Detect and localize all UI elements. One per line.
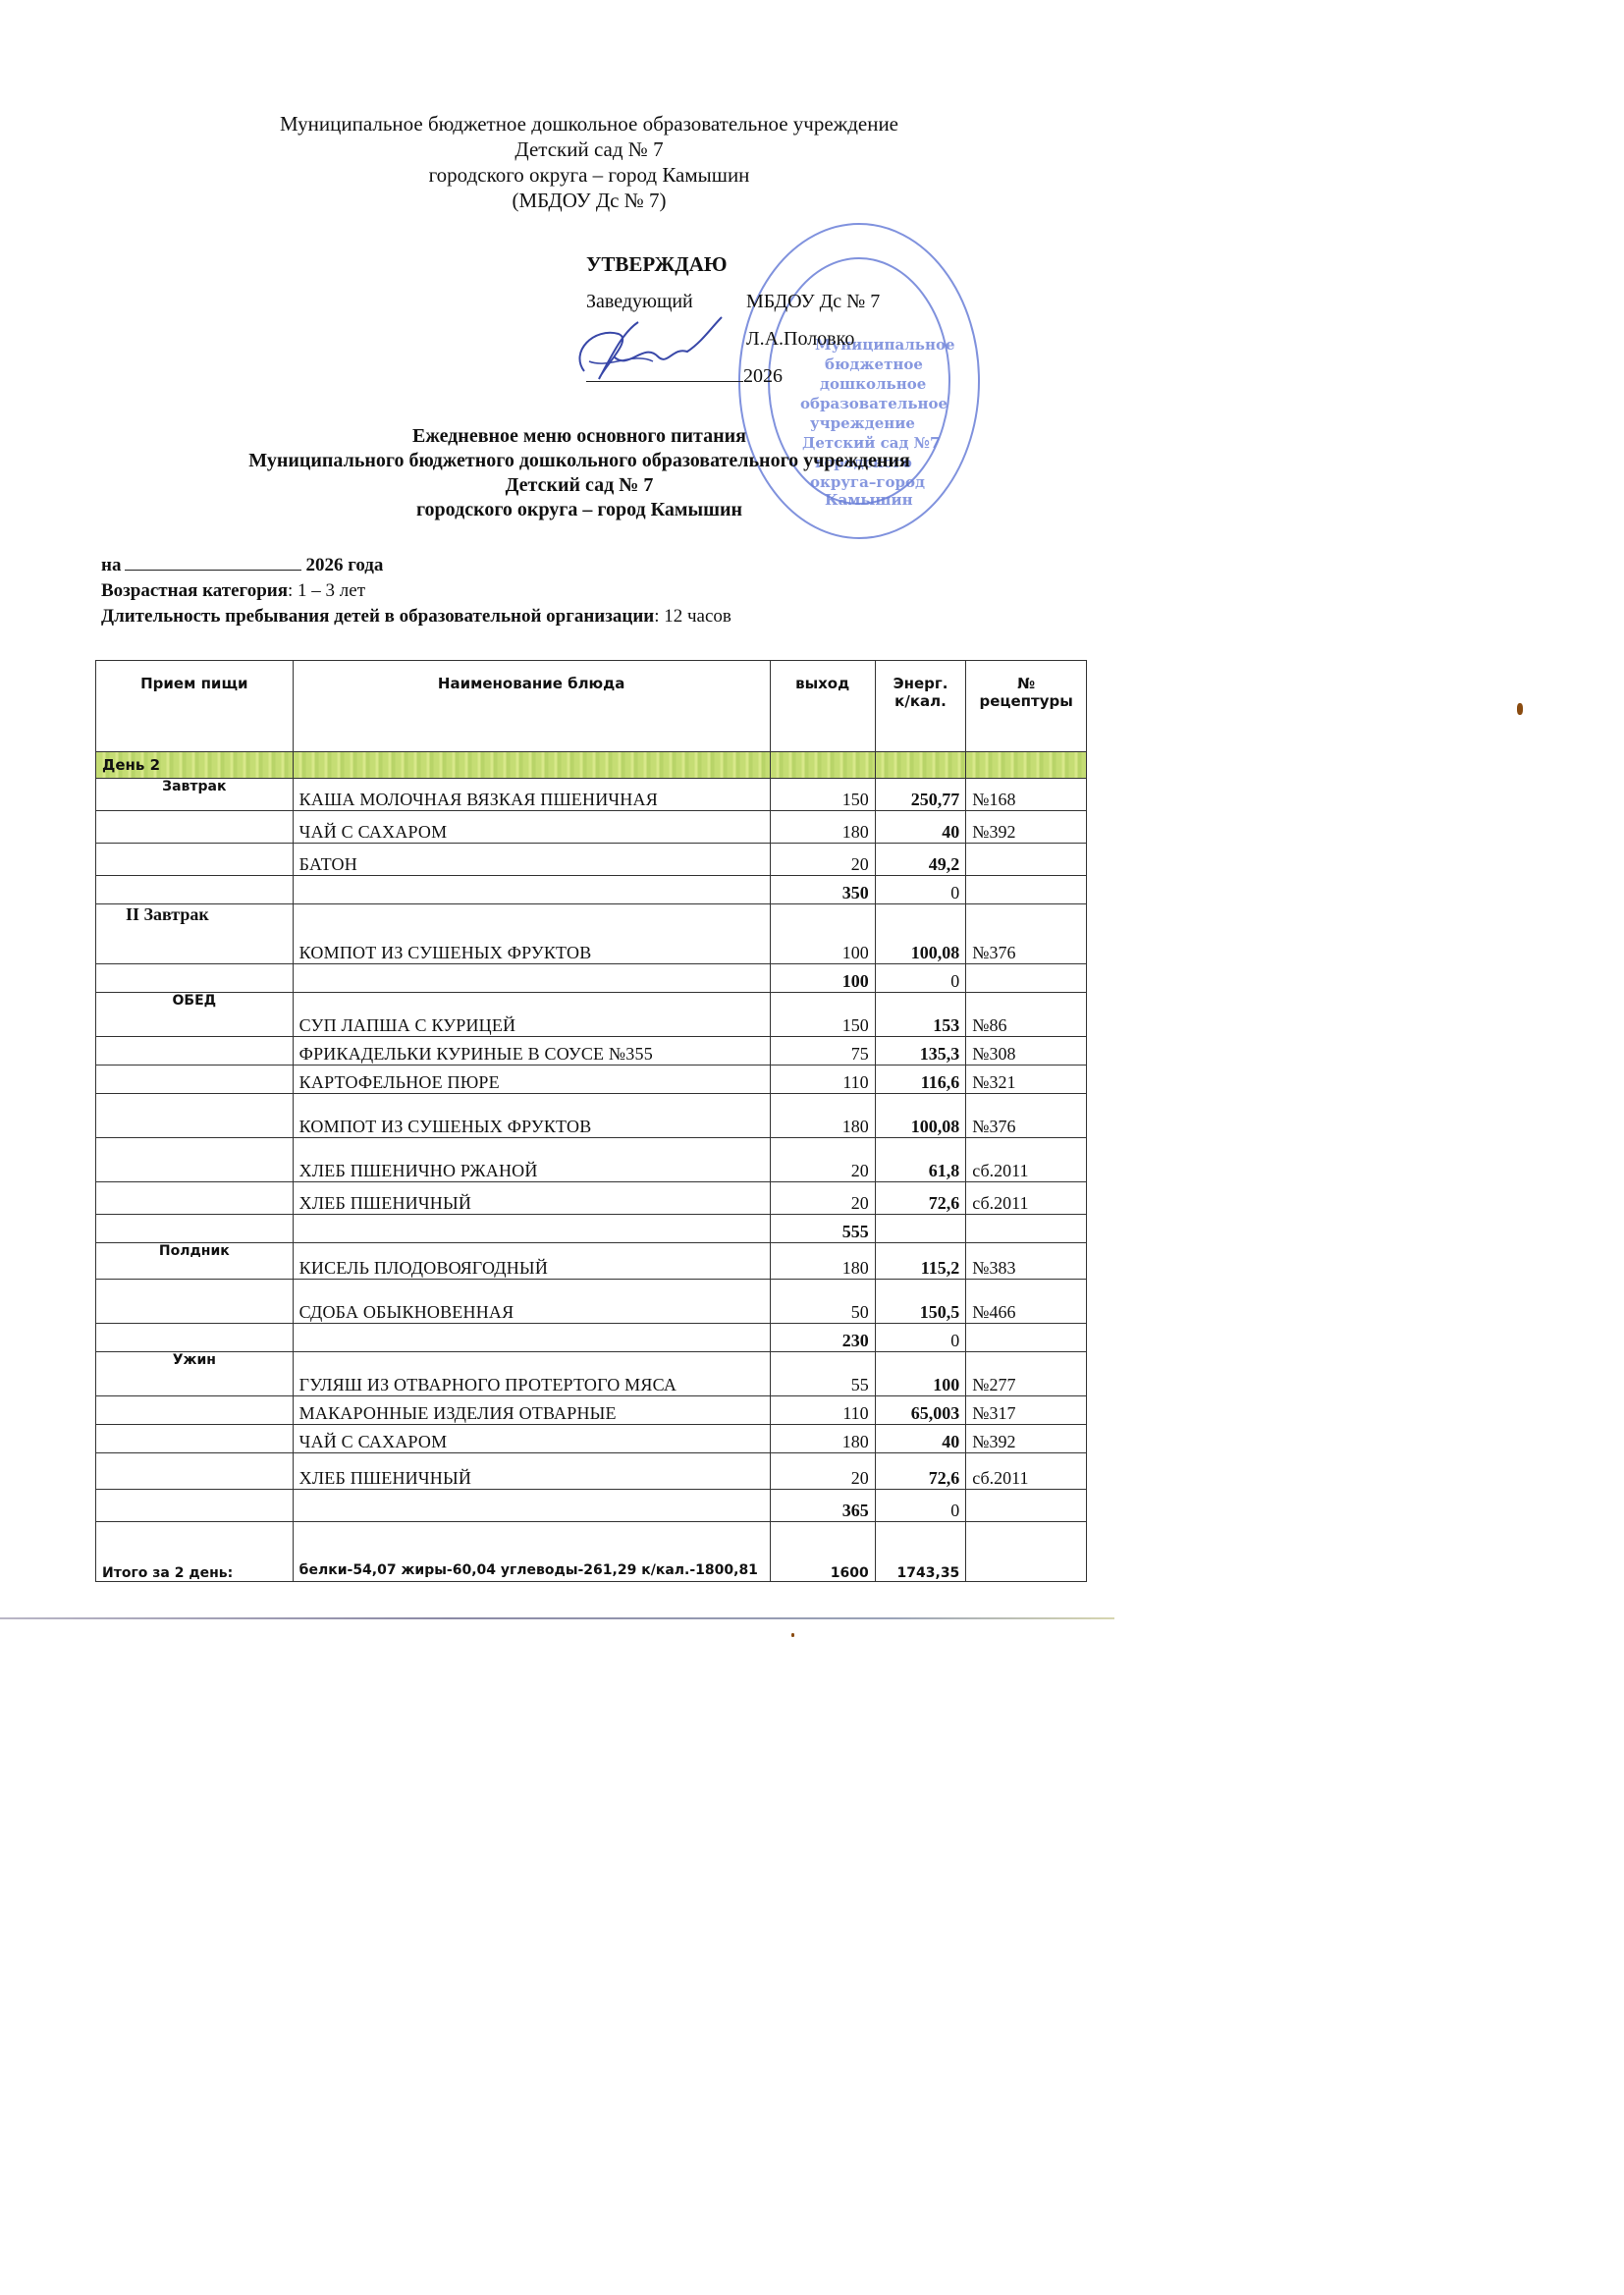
output-cell: 230 (770, 1324, 875, 1352)
energy-cell: 61,8 (875, 1138, 966, 1182)
menu-title-line4: городского округа – город Камышин (177, 498, 982, 522)
table-row: СДОБА ОБЫКНОВЕННАЯ50150,5№466 (96, 1280, 1087, 1324)
meal-cell: Завтрак (96, 779, 294, 811)
energy-cell: 116,6 (875, 1066, 966, 1094)
table-row: КАРТОФЕЛЬНОЕ ПЮРЕ110116,6№321 (96, 1066, 1087, 1094)
recipe-cell (966, 844, 1087, 876)
header-energy: Энерг.к/кал. (875, 661, 966, 752)
energy-cell: 0 (875, 1324, 966, 1352)
dish-cell: КАРТОФЕЛЬНОЕ ПЮРЕ (293, 1066, 770, 1094)
table-row: ХЛЕБ ПШЕНИЧНЫЙ2072,6сб.2011 (96, 1453, 1087, 1490)
output-cell: 150 (770, 779, 875, 811)
meal-cell (96, 1182, 294, 1215)
total-energy: 1743,35 (875, 1522, 966, 1582)
meal-cell: Ужин (96, 1352, 294, 1396)
output-cell: 180 (770, 1425, 875, 1453)
recipe-cell (966, 876, 1087, 904)
total-label: Итого за 2 день: (96, 1522, 294, 1582)
recipe-cell: №168 (966, 779, 1087, 811)
menu-title-line3: Детский сад № 7 (177, 473, 982, 498)
approval-org: МБДОУ Дс № 7 (746, 288, 880, 315)
recipe-cell: сб.2011 (966, 1453, 1087, 1490)
dish-cell: ГУЛЯШ ИЗ ОТВАРНОГО ПРОТЕРТОГО МЯСА (293, 1352, 770, 1396)
approval-signer-name: Л.А.Половко (746, 325, 854, 353)
day-label: День 2 (96, 752, 294, 779)
dish-cell: ХЛЕБ ПШЕНИЧНО РЖАНОЙ (293, 1138, 770, 1182)
dish-cell (293, 1490, 770, 1522)
output-cell: 75 (770, 1037, 875, 1066)
recipe-cell: №383 (966, 1243, 1087, 1280)
org-city: городского округа – город Камышин (216, 162, 962, 188)
meal-cell (96, 1425, 294, 1453)
subtotal-row: 1000 (96, 964, 1087, 993)
meal-cell (96, 876, 294, 904)
subtotal-row: 3650 (96, 1490, 1087, 1522)
total-nutrients: белки-54,07 жиры-60,04 углеводы-261,29 к… (293, 1522, 770, 1582)
menu-table: Прием пищи Наименование блюда выход Энер… (95, 660, 1087, 1582)
meal-cell: ОБЕД (96, 993, 294, 1037)
energy-cell: 100,08 (875, 1094, 966, 1138)
energy-cell: 49,2 (875, 844, 966, 876)
dish-cell (293, 876, 770, 904)
energy-cell: 65,003 (875, 1396, 966, 1425)
menu-title-line2: Муниципального бюджетного дошкольного об… (177, 449, 982, 473)
table-row: УжинГУЛЯШ ИЗ ОТВАРНОГО ПРОТЕРТОГО МЯСА55… (96, 1352, 1087, 1396)
energy-cell: 40 (875, 811, 966, 844)
recipe-cell: сб.2011 (966, 1182, 1087, 1215)
output-cell: 50 (770, 1280, 875, 1324)
output-cell: 20 (770, 1453, 875, 1490)
approval-position: Заведующий (586, 291, 693, 312)
table-row: МАКАРОННЫЕ ИЗДЕЛИЯ ОТВАРНЫЕ11065,003№317 (96, 1396, 1087, 1425)
output-cell: 100 (770, 964, 875, 993)
approval-block: УТВЕРЖДАЮ Заведующий МБДОУ Дс № 7 Л.А.По… (586, 250, 979, 400)
table-row: ПолдникКИСЕЛЬ ПЛОДОВОЯГОДНЫЙ180115,2№383 (96, 1243, 1087, 1280)
header-meal: Прием пищи (96, 661, 294, 752)
dish-cell (293, 964, 770, 993)
meal-cell (96, 1094, 294, 1138)
recipe-cell (966, 1324, 1087, 1352)
recipe-cell: сб.2011 (966, 1138, 1087, 1182)
duration-value: : 12 часов (654, 606, 731, 627)
output-cell: 55 (770, 1352, 875, 1396)
recipe-cell: №392 (966, 1425, 1087, 1453)
recipe-cell (966, 1490, 1087, 1522)
energy-cell: 250,77 (875, 779, 966, 811)
table-row: ОБЕДСУП ЛАПША С КУРИЦЕЙ150153№86 (96, 993, 1087, 1037)
menu-meta: на2026 года Возрастная категория: 1 – 3 … (101, 553, 731, 629)
recipe-cell: №277 (966, 1352, 1087, 1396)
date-suffix: 2026 года (305, 555, 383, 575)
header-dish: Наименование блюда (293, 661, 770, 752)
approval-year: 2026 (743, 365, 783, 387)
table-header-row: Прием пищи Наименование блюда выход Энер… (96, 661, 1087, 752)
output-cell: 20 (770, 1182, 875, 1215)
energy-cell: 40 (875, 1425, 966, 1453)
meal-cell (96, 1280, 294, 1324)
subtotal-row: 2300 (96, 1324, 1087, 1352)
dish-cell: КОМПОТ ИЗ СУШЕНЫХ ФРУКТОВ (293, 904, 770, 964)
recipe-cell: №466 (966, 1280, 1087, 1324)
output-cell: 180 (770, 1243, 875, 1280)
table-row: БАТОН2049,2 (96, 844, 1087, 876)
subtotal-row: 3500 (96, 876, 1087, 904)
date-prefix: на (101, 555, 121, 575)
dish-cell: ЧАЙ С САХАРОМ (293, 1425, 770, 1453)
age-value: : 1 – 3 лет (288, 580, 365, 601)
table-row: ЗавтракКАША МОЛОЧНАЯ ВЯЗКАЯ ПШЕНИЧНАЯ150… (96, 779, 1087, 811)
menu-title: Ежедневное меню основного питания Муници… (177, 424, 982, 522)
duration-label: Длительность пребывания детей в образова… (101, 606, 654, 627)
dish-cell (293, 1324, 770, 1352)
output-cell: 555 (770, 1215, 875, 1243)
table-row: ФРИКАДЕЛЬКИ КУРИНЫЕ В СОУСЕ №35575135,3№… (96, 1037, 1087, 1066)
approval-title: УТВЕРЖДАЮ (586, 252, 728, 276)
day-row: День 2 (96, 752, 1087, 779)
meal-cell (96, 1215, 294, 1243)
output-cell: 350 (770, 876, 875, 904)
output-cell: 365 (770, 1490, 875, 1522)
energy-cell: 0 (875, 964, 966, 993)
meal-cell (96, 1138, 294, 1182)
total-output: 1600 (770, 1522, 875, 1582)
dish-cell: БАТОН (293, 844, 770, 876)
dish-cell: ЧАЙ С САХАРОМ (293, 811, 770, 844)
energy-cell: 0 (875, 1490, 966, 1522)
age-label: Возрастная категория (101, 580, 288, 601)
table-row: ЧАЙ С САХАРОМ18040№392 (96, 811, 1087, 844)
output-cell: 180 (770, 811, 875, 844)
dish-cell: КИСЕЛЬ ПЛОДОВОЯГОДНЫЙ (293, 1243, 770, 1280)
energy-cell (875, 1215, 966, 1243)
approval-date-blank (586, 363, 743, 382)
dish-cell: ХЛЕБ ПШЕНИЧНЫЙ (293, 1182, 770, 1215)
table-row: ЧАЙ С САХАРОМ18040№392 (96, 1425, 1087, 1453)
recipe-cell: №376 (966, 904, 1087, 964)
meal-cell (96, 1037, 294, 1066)
subtotal-row: 555 (96, 1215, 1087, 1243)
menu-title-line1: Ежедневное меню основного питания (177, 424, 982, 449)
meal-cell (96, 1396, 294, 1425)
dish-cell: ХЛЕБ ПШЕНИЧНЫЙ (293, 1453, 770, 1490)
recipe-cell: №321 (966, 1066, 1087, 1094)
org-kindergarten: Детский сад № 7 (216, 137, 962, 162)
energy-cell: 0 (875, 876, 966, 904)
recipe-cell: №376 (966, 1094, 1087, 1138)
total-row: Итого за 2 день: белки-54,07 жиры-60,04 … (96, 1522, 1087, 1582)
header-recipe: №рецептуры (966, 661, 1087, 752)
energy-cell: 153 (875, 993, 966, 1037)
table-row: КОМПОТ ИЗ СУШЕНЫХ ФРУКТОВ180100,08№376 (96, 1094, 1087, 1138)
table-row: ХЛЕБ ПШЕНИЧНО РЖАНОЙ2061,8сб.2011 (96, 1138, 1087, 1182)
recipe-cell: №317 (966, 1396, 1087, 1425)
meal-cell (96, 1066, 294, 1094)
meal-cell (96, 811, 294, 844)
dish-cell: КОМПОТ ИЗ СУШЕНЫХ ФРУКТОВ (293, 1094, 770, 1138)
energy-cell: 150,5 (875, 1280, 966, 1324)
table-row: ХЛЕБ ПШЕНИЧНЫЙ2072,6сб.2011 (96, 1182, 1087, 1215)
header-output: выход (770, 661, 875, 752)
output-cell: 110 (770, 1066, 875, 1094)
recipe-cell (966, 964, 1087, 993)
recipe-cell: №392 (966, 811, 1087, 844)
dish-cell: МАКАРОННЫЕ ИЗДЕЛИЯ ОТВАРНЫЕ (293, 1396, 770, 1425)
meal-cell: II Завтрак (96, 904, 294, 964)
org-name: Муниципальное бюджетное дошкольное образ… (216, 111, 962, 137)
energy-cell: 115,2 (875, 1243, 966, 1280)
output-cell: 150 (770, 993, 875, 1037)
table-row: II ЗавтракКОМПОТ ИЗ СУШЕНЫХ ФРУКТОВ10010… (96, 904, 1087, 964)
dish-cell: СУП ЛАПША С КУРИЦЕЙ (293, 993, 770, 1037)
output-cell: 110 (770, 1396, 875, 1425)
output-cell: 20 (770, 1138, 875, 1182)
dish-cell: КАША МОЛОЧНАЯ ВЯЗКАЯ ПШЕНИЧНАЯ (293, 779, 770, 811)
scan-speck (1517, 703, 1523, 715)
bottom-divider (0, 1617, 1114, 1619)
output-cell: 180 (770, 1094, 875, 1138)
dish-cell: СДОБА ОБЫКНОВЕННАЯ (293, 1280, 770, 1324)
energy-cell: 72,6 (875, 1453, 966, 1490)
recipe-cell (966, 1215, 1087, 1243)
meal-cell (96, 964, 294, 993)
energy-cell: 72,6 (875, 1182, 966, 1215)
meal-cell (96, 1453, 294, 1490)
meal-cell (96, 1490, 294, 1522)
dish-cell: ФРИКАДЕЛЬКИ КУРИНЫЕ В СОУСЕ №355 (293, 1037, 770, 1066)
meal-cell (96, 844, 294, 876)
meal-cell (96, 1324, 294, 1352)
date-blank (125, 554, 301, 571)
scan-speck (791, 1633, 794, 1637)
dish-cell (293, 1215, 770, 1243)
output-cell: 20 (770, 844, 875, 876)
output-cell: 100 (770, 904, 875, 964)
energy-cell: 100,08 (875, 904, 966, 964)
recipe-cell: №308 (966, 1037, 1087, 1066)
energy-cell: 100 (875, 1352, 966, 1396)
meal-cell: Полдник (96, 1243, 294, 1280)
organization-header: Муниципальное бюджетное дошкольное образ… (216, 111, 962, 213)
recipe-cell: №86 (966, 993, 1087, 1037)
energy-cell: 135,3 (875, 1037, 966, 1066)
